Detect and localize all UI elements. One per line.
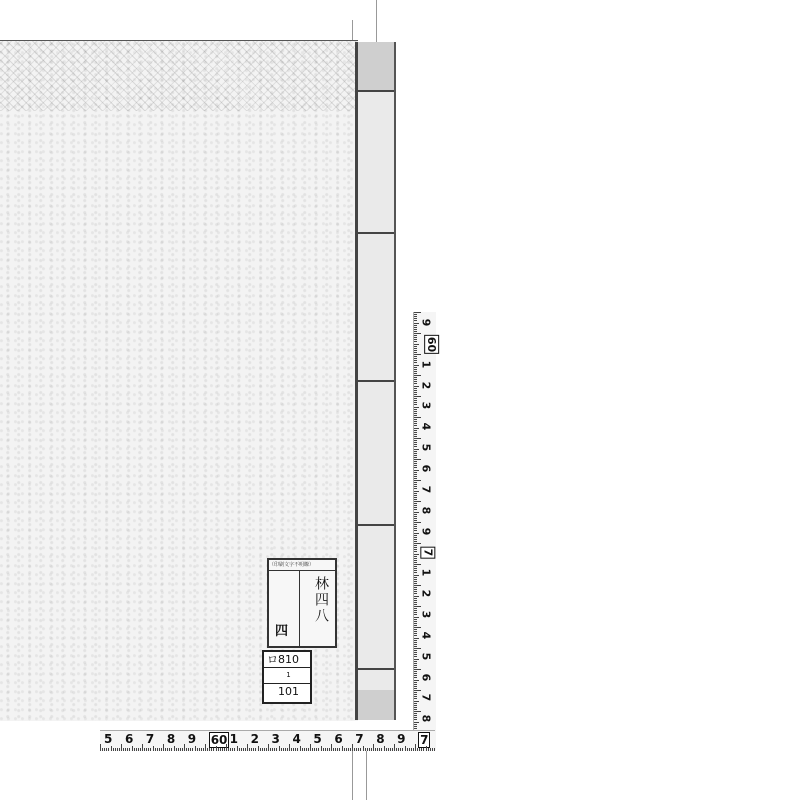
ruler-tick xyxy=(414,677,417,678)
ruler-tick xyxy=(414,415,417,416)
ruler-number: 60 xyxy=(424,335,439,354)
label-header: （印刷文字不明瞭） xyxy=(269,560,335,571)
ruler-tick xyxy=(419,748,420,751)
ruler-tick xyxy=(414,692,417,693)
ruler-tick xyxy=(414,614,417,615)
ruler-number: 3 xyxy=(419,402,432,410)
ruler-tick xyxy=(414,514,417,515)
ruler-tick xyxy=(415,744,416,751)
ruler-tick xyxy=(188,748,189,751)
ruler-tick xyxy=(274,748,275,751)
ruler-tick xyxy=(209,748,210,751)
ruler-tick xyxy=(371,748,372,751)
ruler-number: 9 xyxy=(419,319,432,327)
ruler-number: 8 xyxy=(167,732,175,746)
ruler-tick xyxy=(148,748,149,751)
horizontal-ruler: 56789601234567897 xyxy=(100,730,435,751)
cover-title-label: （印刷文字不明瞭） 四 林四八 xyxy=(267,558,337,648)
ruler-tick xyxy=(414,432,417,433)
ruler-tick xyxy=(421,748,422,751)
ruler-tick xyxy=(167,748,168,751)
ruler-tick xyxy=(414,484,417,485)
ruler-tick xyxy=(104,748,105,751)
ruler-tick xyxy=(414,360,417,361)
ruler-tick xyxy=(241,748,242,751)
ruler-tick xyxy=(414,629,417,630)
ruler-tick xyxy=(192,748,193,751)
ruler-tick xyxy=(414,383,417,384)
ruler-tick xyxy=(287,748,288,751)
ruler-tick xyxy=(414,627,421,628)
ruler-tick xyxy=(414,524,417,525)
ruler-tick xyxy=(414,388,417,389)
ruler-tick xyxy=(414,348,417,349)
ruler-number: 7 xyxy=(418,732,430,748)
ruler-tick xyxy=(228,748,229,751)
ruler-tick xyxy=(414,579,417,580)
ruler-tick xyxy=(146,748,147,751)
ruler-tick xyxy=(373,744,374,751)
ruler-tick xyxy=(414,509,417,510)
ruler-tick xyxy=(414,526,417,527)
spine-bottom-cap xyxy=(358,690,394,720)
ruler-tick xyxy=(409,748,410,751)
ruler-tick xyxy=(414,688,417,689)
ruler-tick xyxy=(157,748,158,751)
ruler-tick xyxy=(346,748,347,751)
ruler-tick xyxy=(414,369,417,370)
ruler-tick xyxy=(414,335,417,336)
ruler-tick xyxy=(354,748,355,751)
ruler-tick xyxy=(414,451,417,452)
ruler-tick xyxy=(414,333,421,334)
ruler-tick xyxy=(405,746,406,751)
ruler-tick xyxy=(360,748,361,751)
ruler-tick xyxy=(414,413,417,414)
ruler-tick xyxy=(414,362,417,363)
ruler-tick xyxy=(117,748,118,751)
ruler-tick xyxy=(176,748,177,751)
ruler-tick xyxy=(414,591,417,592)
ruler-tick xyxy=(414,568,417,569)
ruler-tick xyxy=(414,684,417,685)
ruler-tick xyxy=(414,551,417,552)
ruler-tick xyxy=(414,671,417,672)
ruler-tick xyxy=(414,554,419,555)
ruler-tick xyxy=(203,748,204,751)
ruler-tick xyxy=(414,375,421,376)
ruler-tick xyxy=(414,663,417,664)
ruler-tick xyxy=(414,606,421,607)
ruler-tick xyxy=(163,744,164,751)
ruler-tick xyxy=(414,698,417,699)
ruler-tick xyxy=(108,748,109,751)
ruler-tick xyxy=(414,642,417,643)
ruler-tick xyxy=(414,367,417,368)
ruler-tick xyxy=(251,748,252,751)
ruler-tick xyxy=(414,694,417,695)
ruler-tick xyxy=(260,748,261,751)
ruler-tick xyxy=(414,585,421,586)
ruler-tick xyxy=(414,337,417,338)
ruler-tick xyxy=(414,341,417,342)
ruler-tick xyxy=(414,709,417,710)
ruler-tick xyxy=(414,400,417,401)
ruler-tick xyxy=(369,748,370,751)
ruler-tick xyxy=(414,440,417,441)
ruler-tick xyxy=(174,746,175,751)
ruler-tick xyxy=(111,746,112,751)
ruler-tick xyxy=(342,746,343,751)
ruler-tick xyxy=(414,444,417,445)
ruler-tick xyxy=(171,748,172,751)
ruler-tick xyxy=(414,528,417,529)
ruler-tick xyxy=(414,449,419,450)
ruler-tick xyxy=(414,344,419,345)
ruler-number: 5 xyxy=(104,732,112,746)
ruler-tick xyxy=(140,748,141,751)
ruler-tick xyxy=(434,748,435,751)
ruler-tick xyxy=(102,748,103,751)
ruler-tick xyxy=(414,409,417,410)
spine-binding xyxy=(358,668,394,670)
ruler-tick xyxy=(333,748,334,751)
ruler-tick xyxy=(199,748,200,751)
ruler-number: 5 xyxy=(419,652,432,660)
ruler-number: 7 xyxy=(419,486,432,494)
ruler-tick xyxy=(398,748,399,751)
spine-binding xyxy=(358,90,394,92)
ruler-tick xyxy=(414,612,417,613)
ruler-tick xyxy=(363,746,364,751)
ruler-tick xyxy=(247,744,248,751)
ruler-tick xyxy=(285,748,286,751)
ruler-tick xyxy=(414,428,419,429)
ruler-tick xyxy=(413,748,414,751)
ruler-tick xyxy=(414,705,417,706)
ruler-tick xyxy=(414,610,417,611)
ruler-tick xyxy=(222,748,223,751)
ruler-number: 6 xyxy=(419,673,432,681)
ruler-tick xyxy=(414,669,421,670)
ruler-tick xyxy=(414,560,417,561)
ruler-tick xyxy=(414,621,417,622)
ruler-number: 9 xyxy=(419,527,432,535)
ruler-tick xyxy=(414,331,417,332)
ruler-number: 2 xyxy=(419,381,432,389)
ruler-tick xyxy=(414,472,417,473)
ruler-tick xyxy=(186,748,187,751)
ruler-tick xyxy=(414,486,417,487)
ruler-tick xyxy=(414,549,417,550)
ruler-tick xyxy=(414,455,417,456)
ruler-tick xyxy=(329,748,330,751)
ruler-tick xyxy=(414,696,417,697)
ruler-tick xyxy=(339,748,340,751)
ruler-tick xyxy=(155,748,156,751)
ruler-tick xyxy=(414,381,417,382)
ruler-tick xyxy=(201,748,202,751)
ruler-tick xyxy=(379,748,380,751)
ruler-tick xyxy=(106,748,107,751)
ruler-tick xyxy=(414,379,417,380)
ruler-tick xyxy=(414,600,417,601)
ruler-number: 4 xyxy=(292,732,300,746)
ruler-tick xyxy=(414,648,421,649)
ruler-tick xyxy=(381,748,382,751)
ruler-tick xyxy=(358,748,359,751)
ruler-tick xyxy=(335,748,336,751)
ruler-tick xyxy=(414,583,417,584)
ruler-tick xyxy=(414,365,419,366)
ruler-tick xyxy=(180,748,181,751)
ruler-tick xyxy=(414,541,417,542)
ruler-tick xyxy=(308,748,309,751)
ruler-tick xyxy=(414,654,417,655)
ruler-tick xyxy=(428,748,429,751)
ruler-tick xyxy=(414,715,417,716)
ruler-tick xyxy=(414,728,417,729)
ruler-tick xyxy=(414,596,419,597)
ruler-tick xyxy=(279,746,280,751)
ruler-tick xyxy=(414,623,417,624)
ruler-tick xyxy=(356,748,357,751)
ruler-tick xyxy=(414,602,417,603)
ruler-tick xyxy=(414,570,417,571)
ruler-tick xyxy=(375,748,376,751)
ruler-tick xyxy=(321,746,322,751)
label-divider xyxy=(299,570,300,646)
ruler-tick xyxy=(414,476,417,477)
ruler-tick xyxy=(414,474,417,475)
ruler-tick xyxy=(414,673,417,674)
ruler-tick xyxy=(414,495,417,496)
ruler-tick xyxy=(190,748,191,751)
ruler-tick xyxy=(414,392,417,393)
ruler-tick xyxy=(414,430,417,431)
ruler-tick xyxy=(226,744,227,751)
ruler-tick xyxy=(414,547,417,548)
ruler-tick xyxy=(414,327,417,328)
ruler-tick xyxy=(414,446,417,447)
ruler-tick xyxy=(414,402,417,403)
ruler-tick xyxy=(414,436,417,437)
ruler-tick xyxy=(414,711,421,712)
ruler-tick xyxy=(414,665,417,666)
ruler-tick xyxy=(220,748,221,751)
ruler-tick xyxy=(414,457,417,458)
ruler-tick xyxy=(197,748,198,751)
ruler-tick xyxy=(414,478,417,479)
ruler-tick xyxy=(414,703,417,704)
ruler-tick xyxy=(390,748,391,751)
ruler-tick xyxy=(414,619,417,620)
ruler-number: 4 xyxy=(419,423,432,431)
ruler-tick xyxy=(414,577,417,578)
ruler-tick xyxy=(316,748,317,751)
ruler-tick xyxy=(402,748,403,751)
ruler-tick xyxy=(414,726,417,727)
ruler-tick xyxy=(414,598,417,599)
ruler-tick xyxy=(276,748,277,751)
ruler-tick xyxy=(237,746,238,751)
ruler-tick xyxy=(414,572,417,573)
ruler-tick xyxy=(414,713,417,714)
ruler-tick xyxy=(414,459,421,460)
ruler-tick xyxy=(414,438,421,439)
ruler-tick xyxy=(414,316,417,317)
ruler-tick xyxy=(423,748,424,751)
scan-guide-line xyxy=(366,750,367,800)
ruler-tick xyxy=(113,748,114,751)
ruler-tick xyxy=(136,748,137,751)
call-number-line1: ロ810 xyxy=(264,652,310,668)
ruler-tick xyxy=(258,746,259,751)
ruler-tick xyxy=(414,404,417,405)
ruler-tick xyxy=(134,748,135,751)
ruler-tick xyxy=(414,470,419,471)
ruler-tick xyxy=(312,748,313,751)
ruler-tick xyxy=(414,467,417,468)
ruler-tick xyxy=(414,312,421,313)
ruler-tick xyxy=(414,507,417,508)
ruler-tick xyxy=(291,748,292,751)
ruler-tick xyxy=(159,748,160,751)
ruler-tick xyxy=(414,352,417,353)
ruler-tick xyxy=(302,748,303,751)
ruler-tick xyxy=(414,640,417,641)
ruler-tick xyxy=(414,587,417,588)
ruler-tick xyxy=(432,748,433,751)
ruler-tick xyxy=(414,717,417,718)
ruler-number: 4 xyxy=(419,632,432,640)
ruler-tick xyxy=(414,701,419,702)
ruler-tick xyxy=(414,329,417,330)
ruler-tick xyxy=(414,442,417,443)
ruler-tick xyxy=(414,396,421,397)
ruler-tick xyxy=(169,748,170,751)
call-number-sticker: ロ810 1 101 xyxy=(262,650,312,704)
ruler-tick xyxy=(216,746,217,751)
ruler-tick xyxy=(232,748,233,751)
ruler-tick xyxy=(414,465,417,466)
ruler-tick xyxy=(414,558,417,559)
ruler-tick xyxy=(262,748,263,751)
ruler-number: 7 xyxy=(146,732,154,746)
ruler-tick xyxy=(230,748,231,751)
ruler-tick xyxy=(414,656,417,657)
ruler-tick xyxy=(132,746,133,751)
ruler-tick xyxy=(243,748,244,751)
ruler-tick xyxy=(297,748,298,751)
ruler-tick xyxy=(414,680,419,681)
book-spine xyxy=(355,42,396,720)
ruler-tick xyxy=(414,638,419,639)
ruler-tick xyxy=(119,748,120,751)
ruler-tick xyxy=(414,419,417,420)
ruler-tick xyxy=(414,482,417,483)
ruler-tick xyxy=(414,530,417,531)
ruler-tick xyxy=(182,748,183,751)
ruler-tick xyxy=(272,748,273,751)
ruler-tick xyxy=(414,463,417,464)
ruler-tick xyxy=(386,748,387,751)
ruler-tick xyxy=(127,748,128,751)
ruler-number: 6 xyxy=(419,465,432,473)
ruler-tick xyxy=(414,493,417,494)
ruler-number: 6 xyxy=(334,732,342,746)
ruler-tick xyxy=(144,748,145,751)
ruler-tick xyxy=(414,690,421,691)
ruler-tick xyxy=(414,539,417,540)
ruler-tick xyxy=(430,748,431,751)
ruler-tick xyxy=(400,748,401,751)
ruler-tick xyxy=(414,566,417,567)
ruler-tick xyxy=(295,748,296,751)
ruler-tick xyxy=(414,499,417,500)
spine-binding xyxy=(358,232,394,234)
ruler-tick xyxy=(414,581,417,582)
ruler-tick xyxy=(414,556,417,557)
ruler-tick xyxy=(414,646,417,647)
ruler-tick xyxy=(365,748,366,751)
ruler-tick xyxy=(414,350,417,351)
ruler-tick xyxy=(213,748,214,751)
ruler-tick xyxy=(414,719,417,720)
ruler-number: 5 xyxy=(313,732,321,746)
ruler-tick xyxy=(414,520,417,521)
ruler-tick xyxy=(414,411,417,412)
ruler-tick xyxy=(388,748,389,751)
ruler-tick xyxy=(414,491,419,492)
ruler-tick xyxy=(310,744,311,751)
ruler-tick xyxy=(414,354,421,355)
ruler-tick xyxy=(318,748,319,751)
ruler-tick xyxy=(268,744,269,751)
ruler-number: 3 xyxy=(272,732,280,746)
ruler-tick xyxy=(264,748,265,751)
ruler-tick xyxy=(142,744,143,751)
ruler-tick xyxy=(414,724,417,725)
ruler-tick xyxy=(414,434,417,435)
ruler-number: 8 xyxy=(419,715,432,723)
ruler-tick xyxy=(414,423,417,424)
ruler-tick xyxy=(414,390,417,391)
ruler-tick xyxy=(414,373,417,374)
ruler-tick xyxy=(293,748,294,751)
label-volume-text: 四 xyxy=(275,620,288,639)
ruler-tick xyxy=(184,744,185,751)
ruler-number: 7 xyxy=(355,732,363,746)
ruler-number: 8 xyxy=(376,732,384,746)
spine-binding xyxy=(358,380,394,382)
ruler-number: 2 xyxy=(251,732,259,746)
ruler-tick xyxy=(414,686,417,687)
ruler-tick xyxy=(414,644,417,645)
ruler-number: 8 xyxy=(419,506,432,514)
ruler-number: 7 xyxy=(420,547,435,559)
ruler-tick xyxy=(205,744,206,751)
ruler-tick xyxy=(414,675,417,676)
ruler-tick xyxy=(414,358,417,359)
ruler-tick xyxy=(414,661,417,662)
ruler-tick xyxy=(323,748,324,751)
ruler-tick xyxy=(100,744,101,751)
ruler-tick xyxy=(414,650,417,651)
ruler-tick xyxy=(414,652,417,653)
ruler-tick xyxy=(255,748,256,751)
ruler-tick xyxy=(283,748,284,751)
